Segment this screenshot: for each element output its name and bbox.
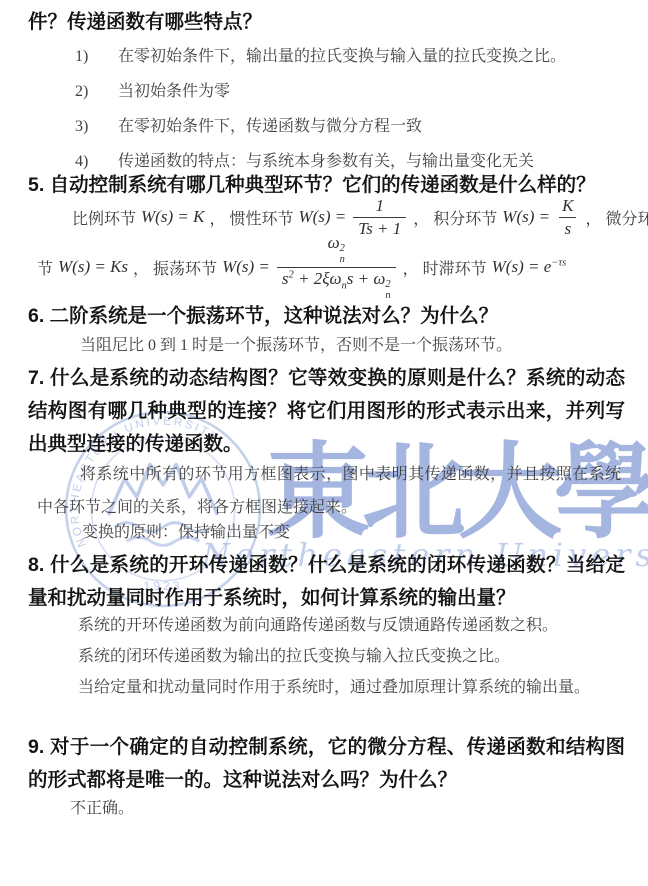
oscillation-formula-lhs: W(s) = — [222, 257, 270, 277]
question-9-answer: 不正确。 — [70, 798, 134, 820]
intro-heading: 件？传递函数有哪些特点？ — [28, 6, 262, 39]
document-page: NORTHEASTERN UNIVERSITY 1923 東北大學 Northe… — [0, 0, 648, 886]
inertia-formula-lhs: W(s) = — [298, 207, 346, 227]
list-number: 3) — [75, 116, 118, 138]
question-8-answer-2: 系统的闭环传递函数为输出的拉氏变换与输入拉氏变换之比。 — [78, 646, 623, 668]
list-item: 2) 当初始条件为零 — [75, 81, 615, 103]
list-item: 3) 在零初始条件下，传递函数与微分方程一致 — [75, 116, 615, 138]
list-text: 当初始条件为零 — [118, 81, 230, 103]
list-number: 2) — [75, 81, 118, 103]
question-8-answer-3: 当给定量和扰动量同时作用于系统时，通过叠加原理计算系统的输出量。 — [78, 677, 623, 699]
question-7-answer-2: 变换的原则：保持输出量不变 — [82, 522, 290, 544]
integral-element-label: ， 积分环节 — [413, 206, 497, 229]
oscillation-element-label: ， 振荡环节 — [133, 256, 217, 279]
question-9-heading: 9. 对于一个确定的自动控制系统，它的微分方程、传递函数和结构图的形式都将是唯一… — [28, 731, 625, 797]
list-item: 1) 在零初始条件下，输出量的拉氏变换与输入量的拉氏变换之比。 — [75, 46, 615, 68]
question-6-heading: 6. 二阶系统是一个振荡环节，这种说法对么？为什么？ — [28, 300, 498, 333]
derivative-element-label-cont: 节 — [37, 256, 53, 279]
proportional-formula: W(s) = K — [141, 207, 204, 227]
integral-formula-lhs: W(s) = — [502, 207, 550, 227]
list-number: 1) — [75, 46, 118, 68]
fraction-denominator: s2 + 2ξωns + ω2n — [277, 267, 396, 302]
q5-formula-line-2: 节 W(s) = Ks ， 振荡环节 W(s) = ω2n s2 + 2ξωns… — [37, 240, 566, 294]
oscillation-formula-fraction: ω2n s2 + 2ξωns + ω2n — [277, 233, 396, 301]
inertia-element-label: ， 惯性环节 — [209, 206, 293, 229]
derivative-formula: W(s) = Ks — [58, 257, 128, 277]
proportional-element-label: 比例环节 — [72, 206, 136, 229]
document-content: 件？传递函数有哪些特点？ 1) 在零初始条件下，输出量的拉氏变换与输入量的拉氏变… — [0, 0, 648, 886]
fraction-denominator: s — [559, 217, 576, 239]
question-7-answer-1: 将系统中所有的环节用方框图表示，图中表明其传递函数，并且按照在系统中各环节之间的… — [37, 458, 621, 524]
derivative-element-label-part: ， 微分环 — [585, 206, 648, 229]
fraction-numerator: ω2n — [323, 233, 350, 267]
fraction-numerator: 1 — [371, 196, 390, 217]
question-8-heading: 8. 什么是系统的开环传递函数？什么是系统的闭环传递函数？当给定量和扰动量同时作… — [28, 549, 625, 615]
time-delay-formula: W(s) = e−τs — [492, 257, 567, 277]
question-8-answer-1: 系统的开环传递函数为前向通路传递函数与反馈通路传递函数之积。 — [78, 615, 623, 637]
question-7-heading: 7. 什么是系统的动态结构图？它等效变换的原则是什么？系统的动态结构图有哪几种典… — [28, 362, 625, 461]
list-text: 在零初始条件下，传递函数与微分方程一致 — [118, 116, 422, 138]
list-text: 在零初始条件下，输出量的拉氏变换与输入量的拉氏变换之比。 — [118, 46, 566, 68]
time-delay-element-label: ， 时滞环节 — [403, 256, 487, 279]
question-6-answer: 当阻尼比 0 到 1 时是一个振荡环节，否则不是一个振荡环节。 — [80, 335, 620, 357]
fraction-numerator: K — [557, 196, 578, 217]
integral-formula-fraction: K s — [557, 196, 578, 239]
